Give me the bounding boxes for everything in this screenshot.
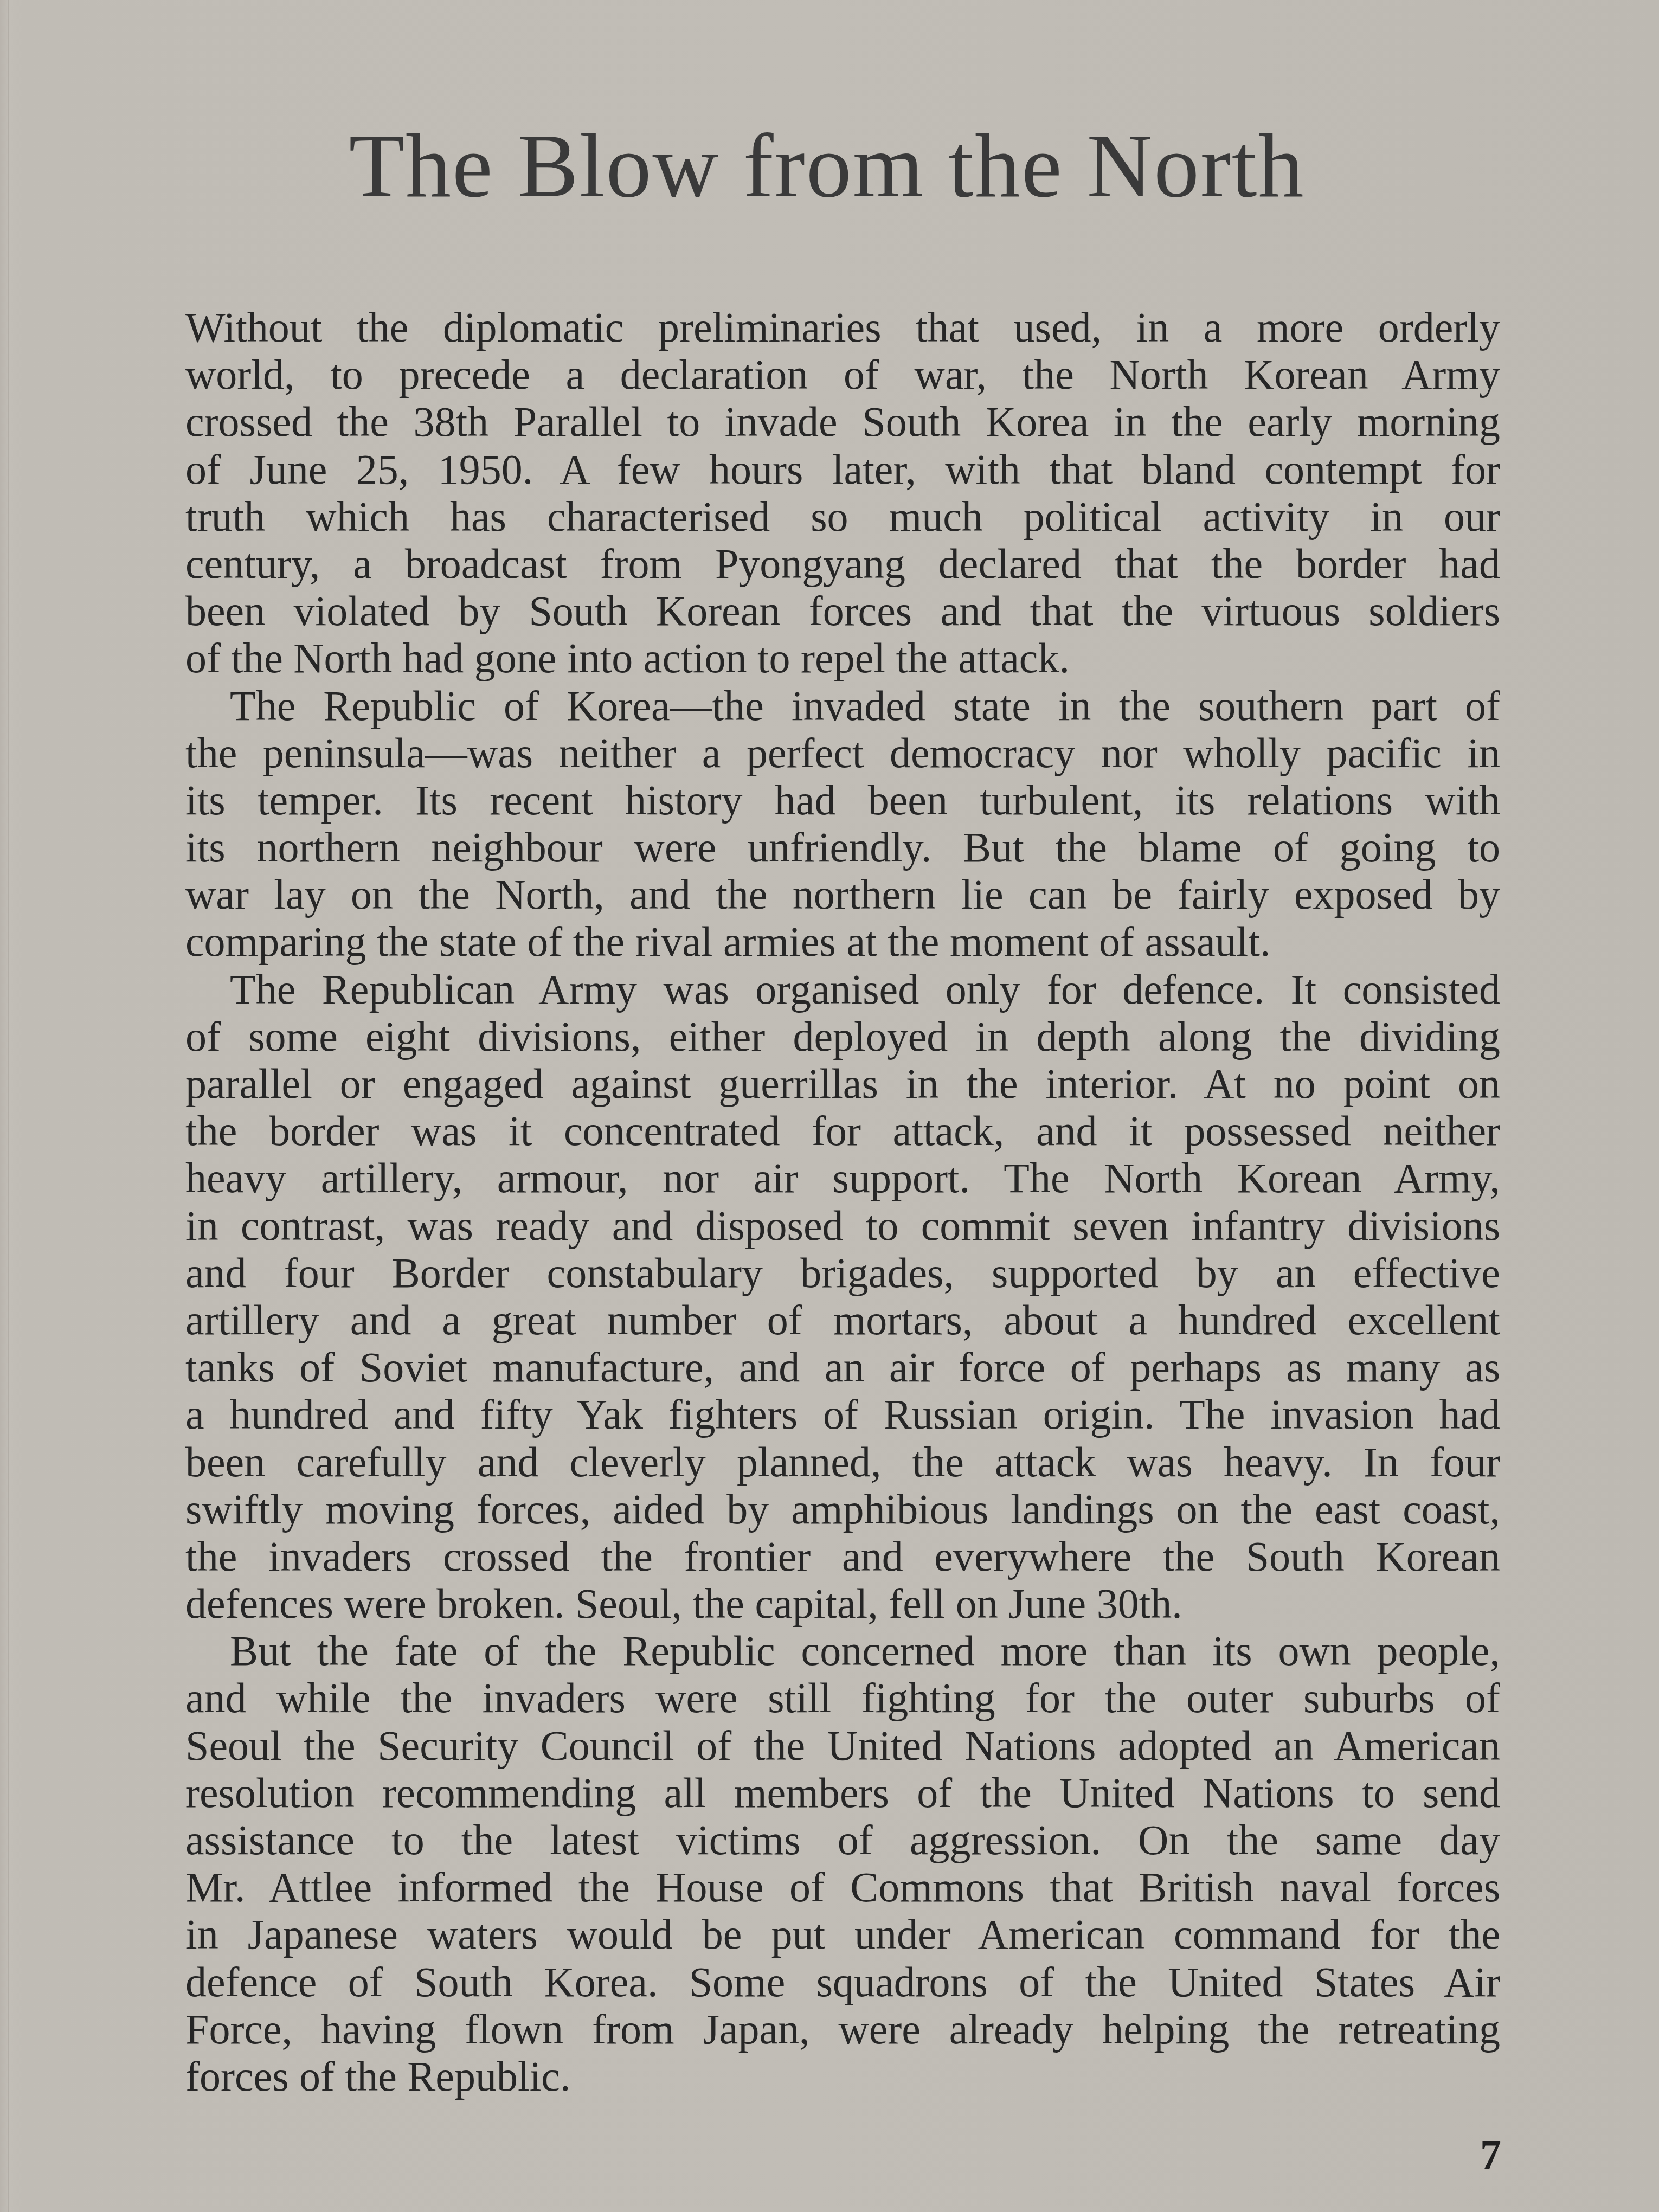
text-line: truth which has characterised so much po… [185,493,1500,540]
text-line: of June 25, 1950. A few hours later, wit… [185,446,1500,493]
text-line: crossed the 38th Parallel to invade Sout… [185,398,1500,445]
text-line: the invaders crossed the frontier and ev… [185,1533,1500,1580]
text-line: parallel or engaged against guerrillas i… [185,1060,1500,1107]
text-line: defence of South Korea. Some squadrons o… [185,1958,1500,2005]
text-line: Seoul the Security Council of the United… [185,1722,1500,1769]
text-line: comparing the state of the rival armies … [185,918,1500,965]
text-line: the peninsula—was neither a perfect demo… [185,729,1500,776]
text-line: assistance to the latest victims of aggr… [185,1816,1500,1863]
text-line: its northern neighbour were unfriendly. … [185,824,1500,871]
paragraph: Without the diplomatic preliminaries tha… [185,304,1500,682]
text-line: the border was it concentrated for attac… [185,1107,1500,1154]
text-line: and while the invaders were still fighti… [185,1674,1500,1721]
text-line: tanks of Soviet manufacture, and an air … [185,1343,1500,1391]
book-page: The Blow from the North Without the dipl… [0,0,1659,2212]
text-line: heavy artillery, armour, nor air support… [185,1154,1500,1201]
chapter-title: The Blow from the North [0,120,1659,211]
binding-edge [8,0,9,2212]
text-line: artillery and a great number of mortars,… [185,1296,1500,1343]
body-text: Without the diplomatic preliminaries tha… [185,304,1500,2100]
text-line: been carefully and cleverly planned, the… [185,1438,1500,1486]
text-line: of the North had gone into action to rep… [185,634,1500,681]
paragraph: But the fate of the Republic concerned m… [185,1627,1500,2100]
text-line: in contrast, was ready and disposed to c… [185,1202,1500,1249]
page-number: 7 [1480,2133,1501,2176]
text-line: forces of the Republic. [185,2053,1500,2100]
text-line: defences were broken. Seoul, the capital… [185,1580,1500,1627]
paragraph: The Republican Army was organised only f… [185,966,1500,1628]
paragraph: The Republic of Korea—the invaded state … [185,682,1500,966]
text-line: war lay on the North, and the northern l… [185,871,1500,918]
text-line: Without the diplomatic preliminaries tha… [185,304,1500,351]
text-line: century, a broadcast from Pyongyang decl… [185,540,1500,587]
text-line: its temper. Its recent history had been … [185,776,1500,824]
text-line: But the fate of the Republic concerned m… [185,1627,1500,1674]
text-line: resolution recommending all members of t… [185,1769,1500,1816]
text-line: been violated by South Korean forces and… [185,587,1500,634]
text-line: Force, having flown from Japan, were alr… [185,2005,1500,2053]
chapter-title-text: The Blow from the North [349,120,1305,211]
text-line: The Republic of Korea—the invaded state … [185,682,1500,729]
text-line: Mr. Attlee informed the House of Commons… [185,1863,1500,1911]
text-line: a hundred and fifty Yak fighters of Russ… [185,1391,1500,1438]
text-line: swiftly moving forces, aided by amphibio… [185,1486,1500,1533]
text-line: and four Border constabulary brigades, s… [185,1249,1500,1296]
text-line: of some eight divisions, either deployed… [185,1013,1500,1060]
text-line: The Republican Army was organised only f… [185,966,1500,1013]
text-line: in Japanese waters would be put under Am… [185,1911,1500,1958]
text-line: world, to precede a declaration of war, … [185,351,1500,398]
